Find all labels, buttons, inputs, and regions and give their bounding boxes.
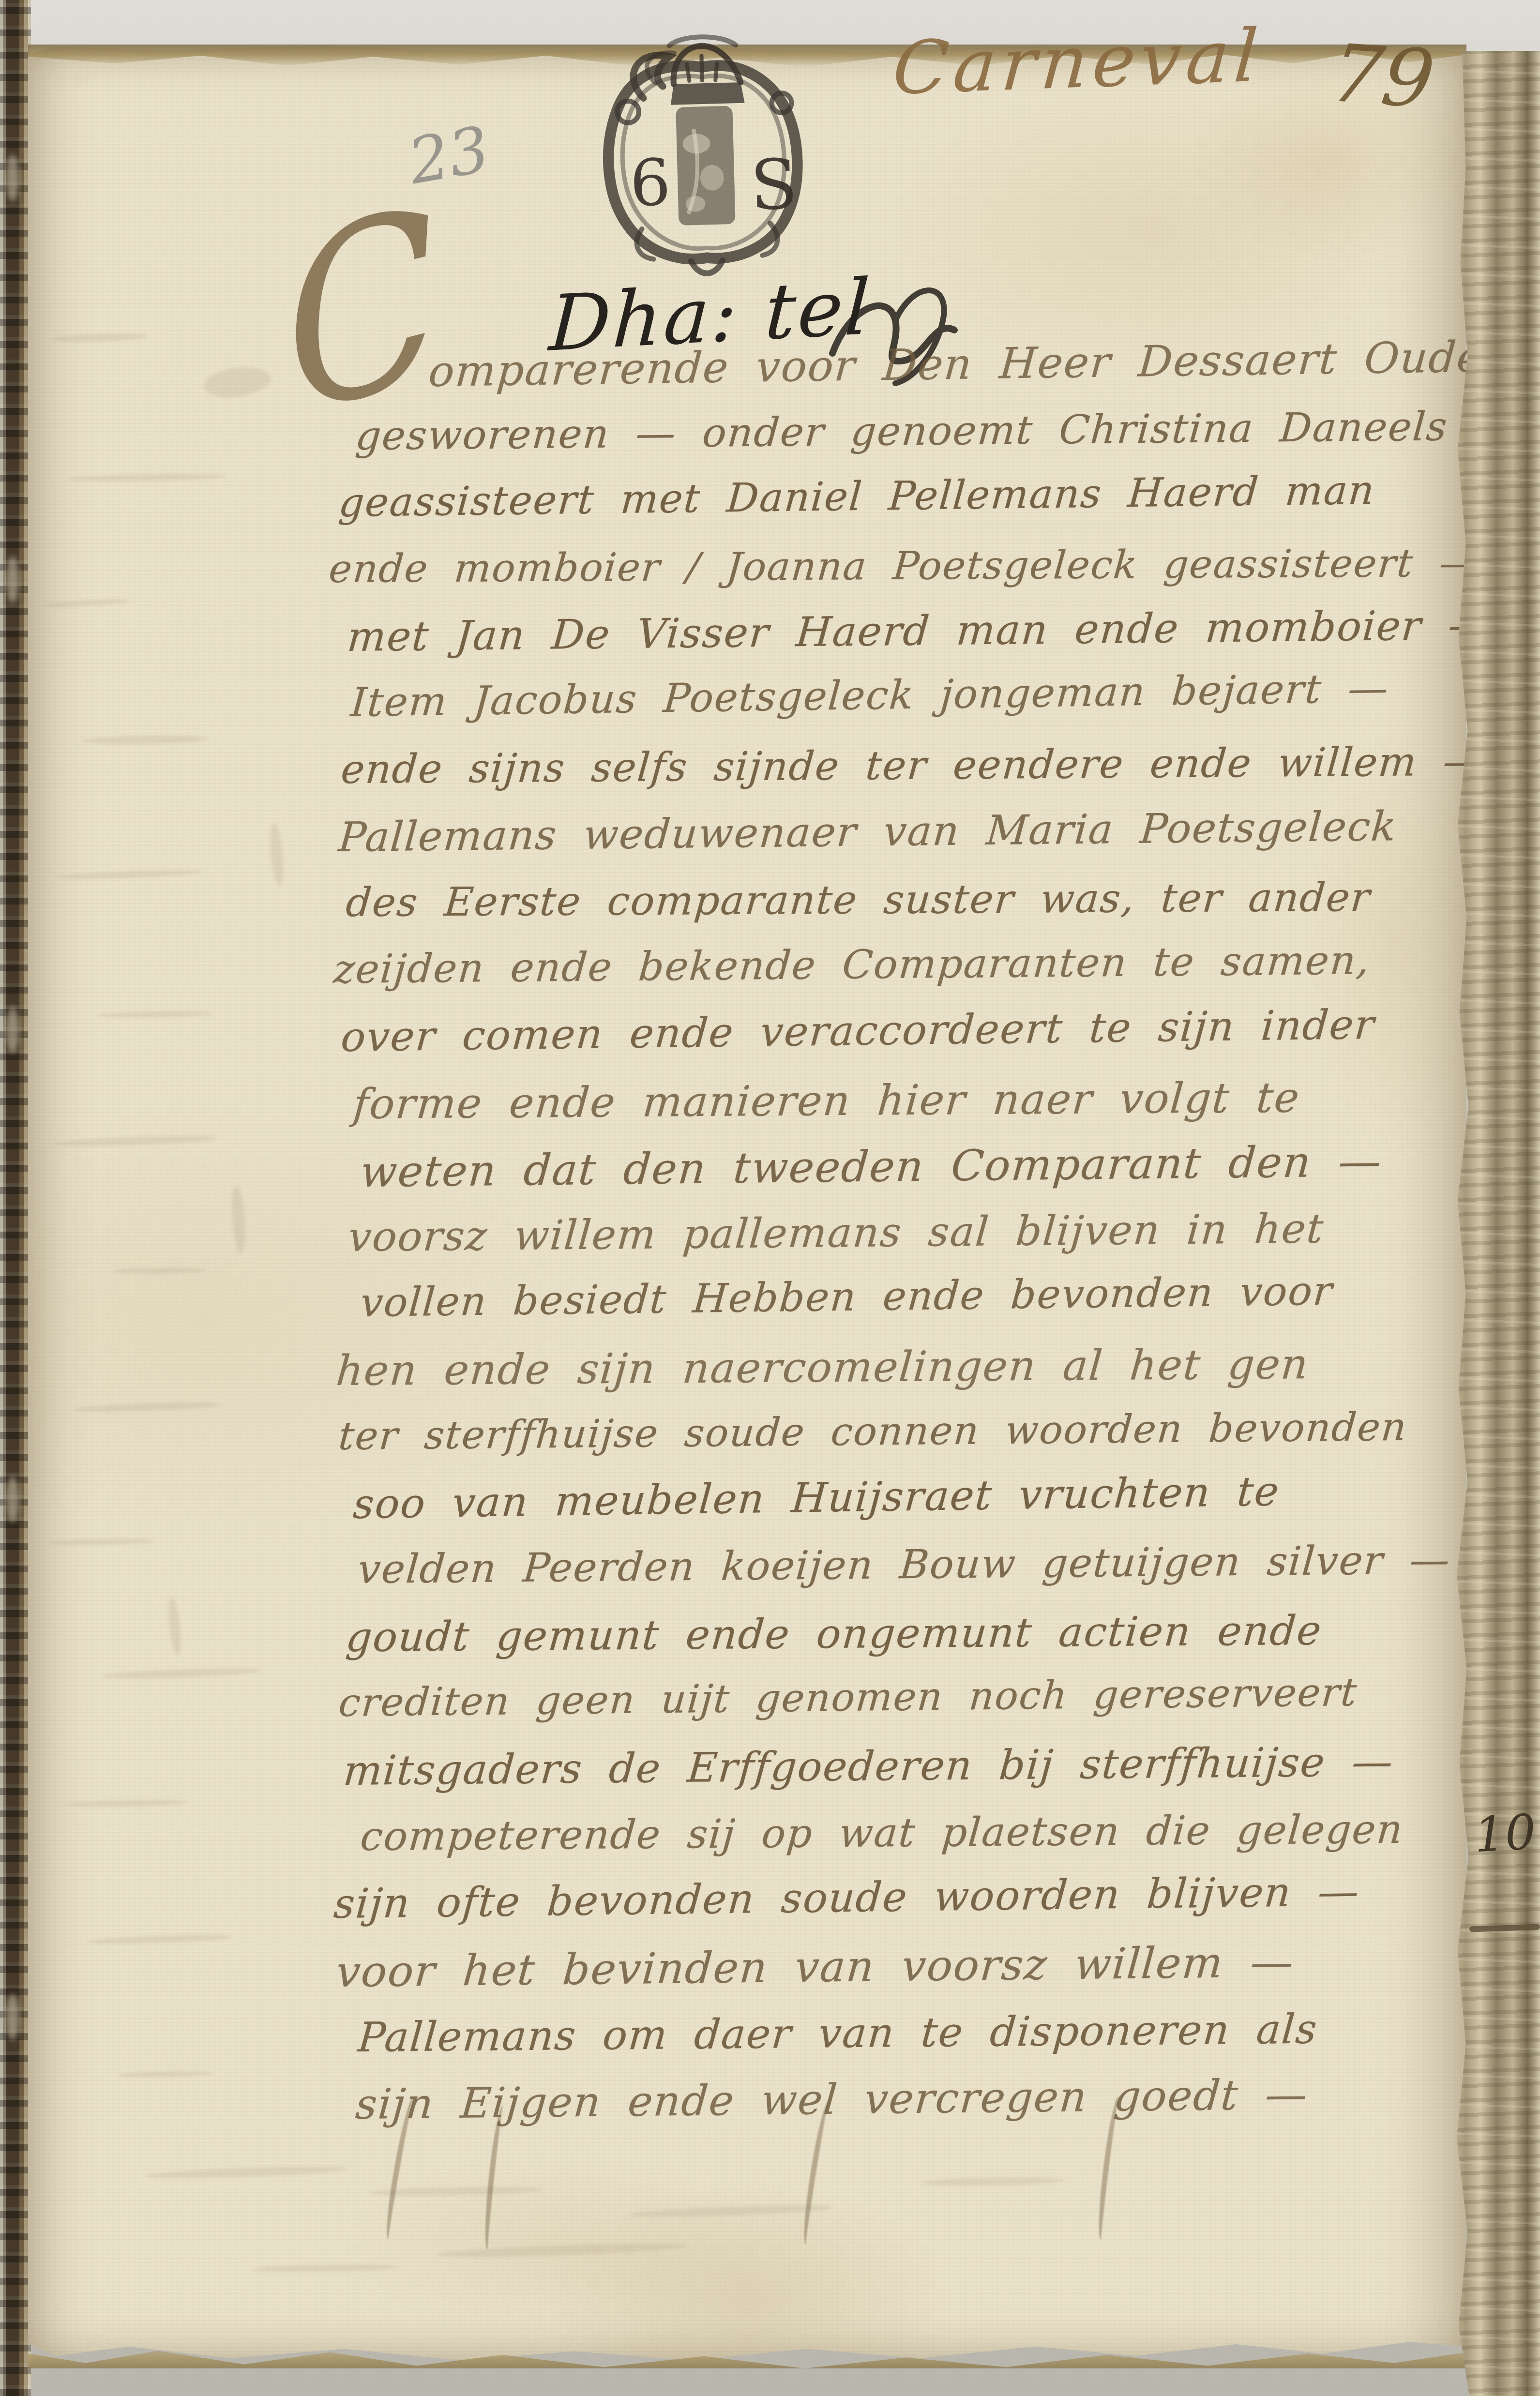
- stamp-shield: [676, 105, 735, 225]
- sewing-knot: [6, 155, 19, 201]
- next-page-ink-fragment: 10: [1473, 1804, 1537, 1863]
- page-number: 79: [1326, 27, 1440, 126]
- manuscript-line: hen ende sijn naercomelingen al het gen: [334, 1340, 1311, 1395]
- manuscript-line: goudt gemunt ende ongemunt actien ende: [344, 1607, 1324, 1661]
- manuscript-photo: 23 Carneval 79 6 S Dha: tel: [0, 0, 1540, 2396]
- stamp-duty-value: 6: [629, 146, 671, 221]
- manuscript-line: des Eerste comparante suster was, ter an…: [344, 874, 1373, 926]
- manuscript-line: ende momboier / Joanna Poetsgeleck geass…: [327, 541, 1481, 591]
- manuscript-line: Pallemans om daer van te disponeren als: [356, 2005, 1319, 2061]
- sewing-knot: [6, 1007, 19, 1053]
- book-spine: [0, 0, 31, 2396]
- manuscript-line: competerende sij op wat plaetsen die gel…: [359, 1807, 1405, 1860]
- manuscript-line: ende sijns selfs sijnde ter eendere ende…: [339, 738, 1486, 793]
- stamp-letter: S: [749, 144, 799, 226]
- manuscript-line: weten dat den tweeden Comparant den —: [359, 1136, 1384, 1196]
- manuscript-line: mitsgaders de Erffgoederen bij sterffhui…: [342, 1738, 1395, 1794]
- sewing-knot: [6, 557, 19, 603]
- sewing-knot: [6, 1476, 19, 1522]
- manuscript-line: forme ende manieren hier naer volgt te: [351, 1073, 1302, 1129]
- opening-initial: C: [273, 176, 452, 448]
- sewing-knot: [6, 1994, 19, 2040]
- crown-base: [670, 82, 745, 105]
- manuscript-line: voorsz willem pallemans sal blijven in h…: [347, 1205, 1326, 1261]
- manuscript-line: ter sterffhuijse soude connen woorden be…: [337, 1404, 1409, 1458]
- revenue-stamp: 6 S: [568, 27, 841, 290]
- manuscript-line: gesworenen — onder genoemt Christina Dan…: [354, 404, 1449, 459]
- manuscript-line: voor het bevinden van voorsz willem —: [334, 1937, 1296, 1997]
- manuscript-line: velden Peerden koeijen Bouw getuijgen si…: [356, 1537, 1452, 1593]
- manuscript-line: zeijden ende bekende Comparanten te same…: [332, 937, 1372, 993]
- header-inscription: Carneval: [890, 14, 1265, 111]
